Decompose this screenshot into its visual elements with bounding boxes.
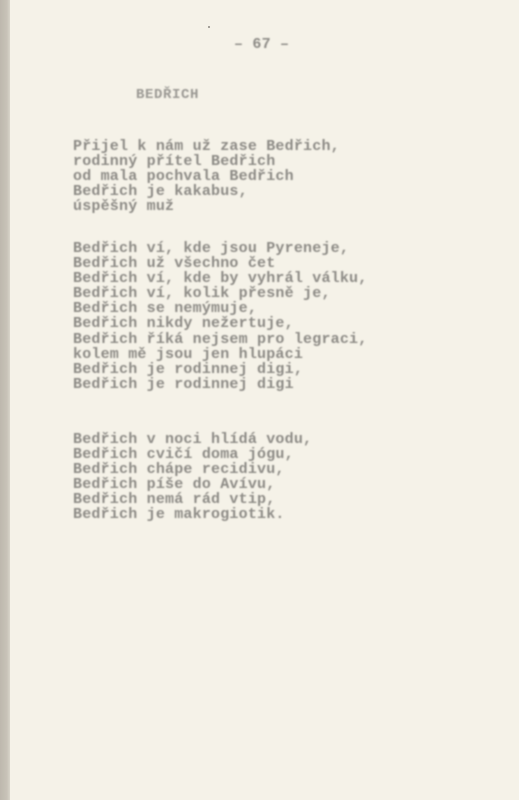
poem-line: Bedřich je kakabus, — [73, 184, 340, 199]
poem-line: Bedřich už všechno čet — [73, 256, 367, 271]
scan-edge-strip — [0, 0, 10, 800]
typewritten-page: – 67 – BEDŘICH Přijel k nám už zase Bedř… — [10, 0, 519, 800]
poem-line: Bedřich říká nejsem pro legraci, — [73, 332, 367, 347]
stanza-1: Přijel k nám už zase Bedřich, rodinný př… — [73, 139, 340, 214]
poem-line: Bedřich je rodinnej digi — [73, 377, 367, 392]
poem-line: Bedřich je rodinnej digi, — [73, 362, 367, 377]
page-number: – 67 – — [234, 36, 289, 53]
poem-line: Bedřich nikdy nežertuje, — [73, 316, 367, 331]
poem-line: Bedřich se nemýmuje, — [73, 301, 367, 316]
poem-line: úspěšný muž — [73, 199, 340, 214]
poem-line: Bedřich píše do Avívu, — [73, 477, 312, 492]
poem-line: Bedřich ví, kolik přesně je, — [73, 286, 367, 301]
poem-title: BEDŘICH — [136, 87, 199, 103]
poem-line: Bedřich chápe recidivu, — [73, 462, 312, 477]
poem-line: Bedřich v noci hlídá vodu, — [73, 432, 312, 447]
ink-speck — [208, 26, 210, 28]
stanza-3: Bedřich v noci hlídá vodu, Bedřich cvičí… — [73, 432, 312, 523]
poem-line: od mala pochvala Bedřich — [73, 169, 340, 184]
poem-line: Bedřich ví, kde jsou Pyreneje, — [73, 241, 367, 256]
poem-line: Bedřich cvičí doma jógu, — [73, 447, 312, 462]
poem-line: Bedřich nemá rád vtip, — [73, 492, 312, 507]
poem-line: Bedřich ví, kde by vyhrál válku, — [73, 271, 367, 286]
stanza-2: Bedřich ví, kde jsou Pyreneje, Bedřich u… — [73, 241, 367, 392]
poem-line: Bedřich je makrogiotik. — [73, 507, 312, 522]
poem-line: kolem mě jsou jen hlupáci — [73, 347, 367, 362]
poem-line: Přijel k nám už zase Bedřich, — [73, 139, 340, 154]
poem-line: rodinný přítel Bedřich — [73, 154, 340, 169]
